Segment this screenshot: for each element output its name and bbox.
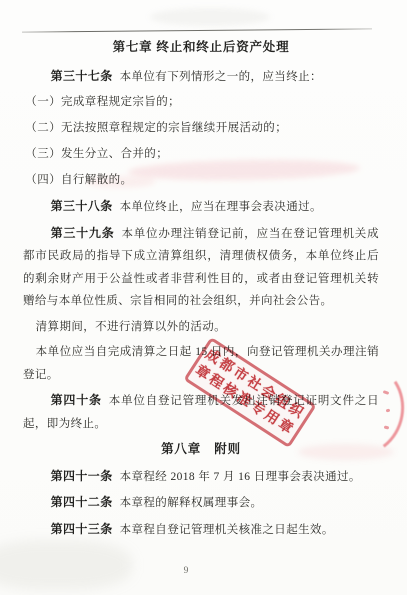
article-39-paragraph-2: 清算期间，不进行清算以外的活动。 bbox=[23, 316, 379, 339]
article-41: 第四十一条本章程经 2018 年 7 月 16 日理事会表决通过。 bbox=[23, 465, 379, 489]
article-43: 第四十三条本章程自登记管理机关核准之日起生效。 bbox=[23, 518, 379, 542]
article-43-text: 本章程自登记管理机关核准之日起生效。 bbox=[120, 524, 334, 536]
article-37: 第三十七条本单位有下列情形之一的，应当终止： bbox=[23, 65, 379, 89]
scan-smudge bbox=[150, 8, 270, 26]
chapter-8-heading: 第八章 附则 bbox=[23, 438, 379, 461]
article-38-text: 本单位终止，应当在理事会表决通过。 bbox=[120, 201, 322, 213]
article-42: 第四十二条本章程的解释权属理事会。 bbox=[23, 491, 379, 515]
article-37-item-1: （一）完成章程规定宗旨的； bbox=[23, 91, 379, 114]
article-43-number: 第四十三条 bbox=[51, 522, 120, 536]
article-42-text: 本章程的解释权属理事会。 bbox=[120, 497, 263, 509]
scan-artifact-line bbox=[22, 28, 372, 32]
article-42-number: 第四十二条 bbox=[51, 495, 120, 509]
article-39-number: 第三十九条 bbox=[51, 226, 122, 240]
article-39: 第三十九条本单位办理注销登记前，应当在登记管理机关成都市民政局的指导下成立清算组… bbox=[23, 222, 379, 313]
article-37-number: 第三十七条 bbox=[51, 69, 120, 83]
article-37-item-4: （四）自行解散的。 bbox=[23, 169, 379, 192]
page-number: 9 bbox=[179, 566, 193, 576]
article-41-text: 本章程经 2018 年 7 月 16 日理事会表决通过。 bbox=[120, 471, 361, 483]
article-37-item-3: （三）发生分立、合并的； bbox=[23, 143, 379, 166]
article-38-number: 第三十八条 bbox=[51, 199, 120, 213]
article-40-number: 第四十条 bbox=[51, 393, 109, 407]
article-38: 第三十八条本单位终止，应当在理事会表决通过。 bbox=[23, 195, 379, 219]
document-body: 第七章 终止和终止后资产处理 第三十七条本单位有下列情形之一的，应当终止： （一… bbox=[23, 36, 379, 544]
chapter-7-heading: 第七章 终止和终止后资产处理 bbox=[23, 36, 379, 59]
scanned-document-page: 第七章 终止和终止后资产处理 第三十七条本单位有下列情形之一的，应当终止： （一… bbox=[0, 0, 407, 595]
article-37-item-2: （二）无法按照章程规定的宗旨继续开展活动的； bbox=[23, 117, 379, 140]
article-37-text: 本单位有下列情形之一的，应当终止： bbox=[120, 71, 322, 83]
article-41-number: 第四十一条 bbox=[51, 469, 120, 483]
scan-smudge bbox=[0, 540, 132, 590]
